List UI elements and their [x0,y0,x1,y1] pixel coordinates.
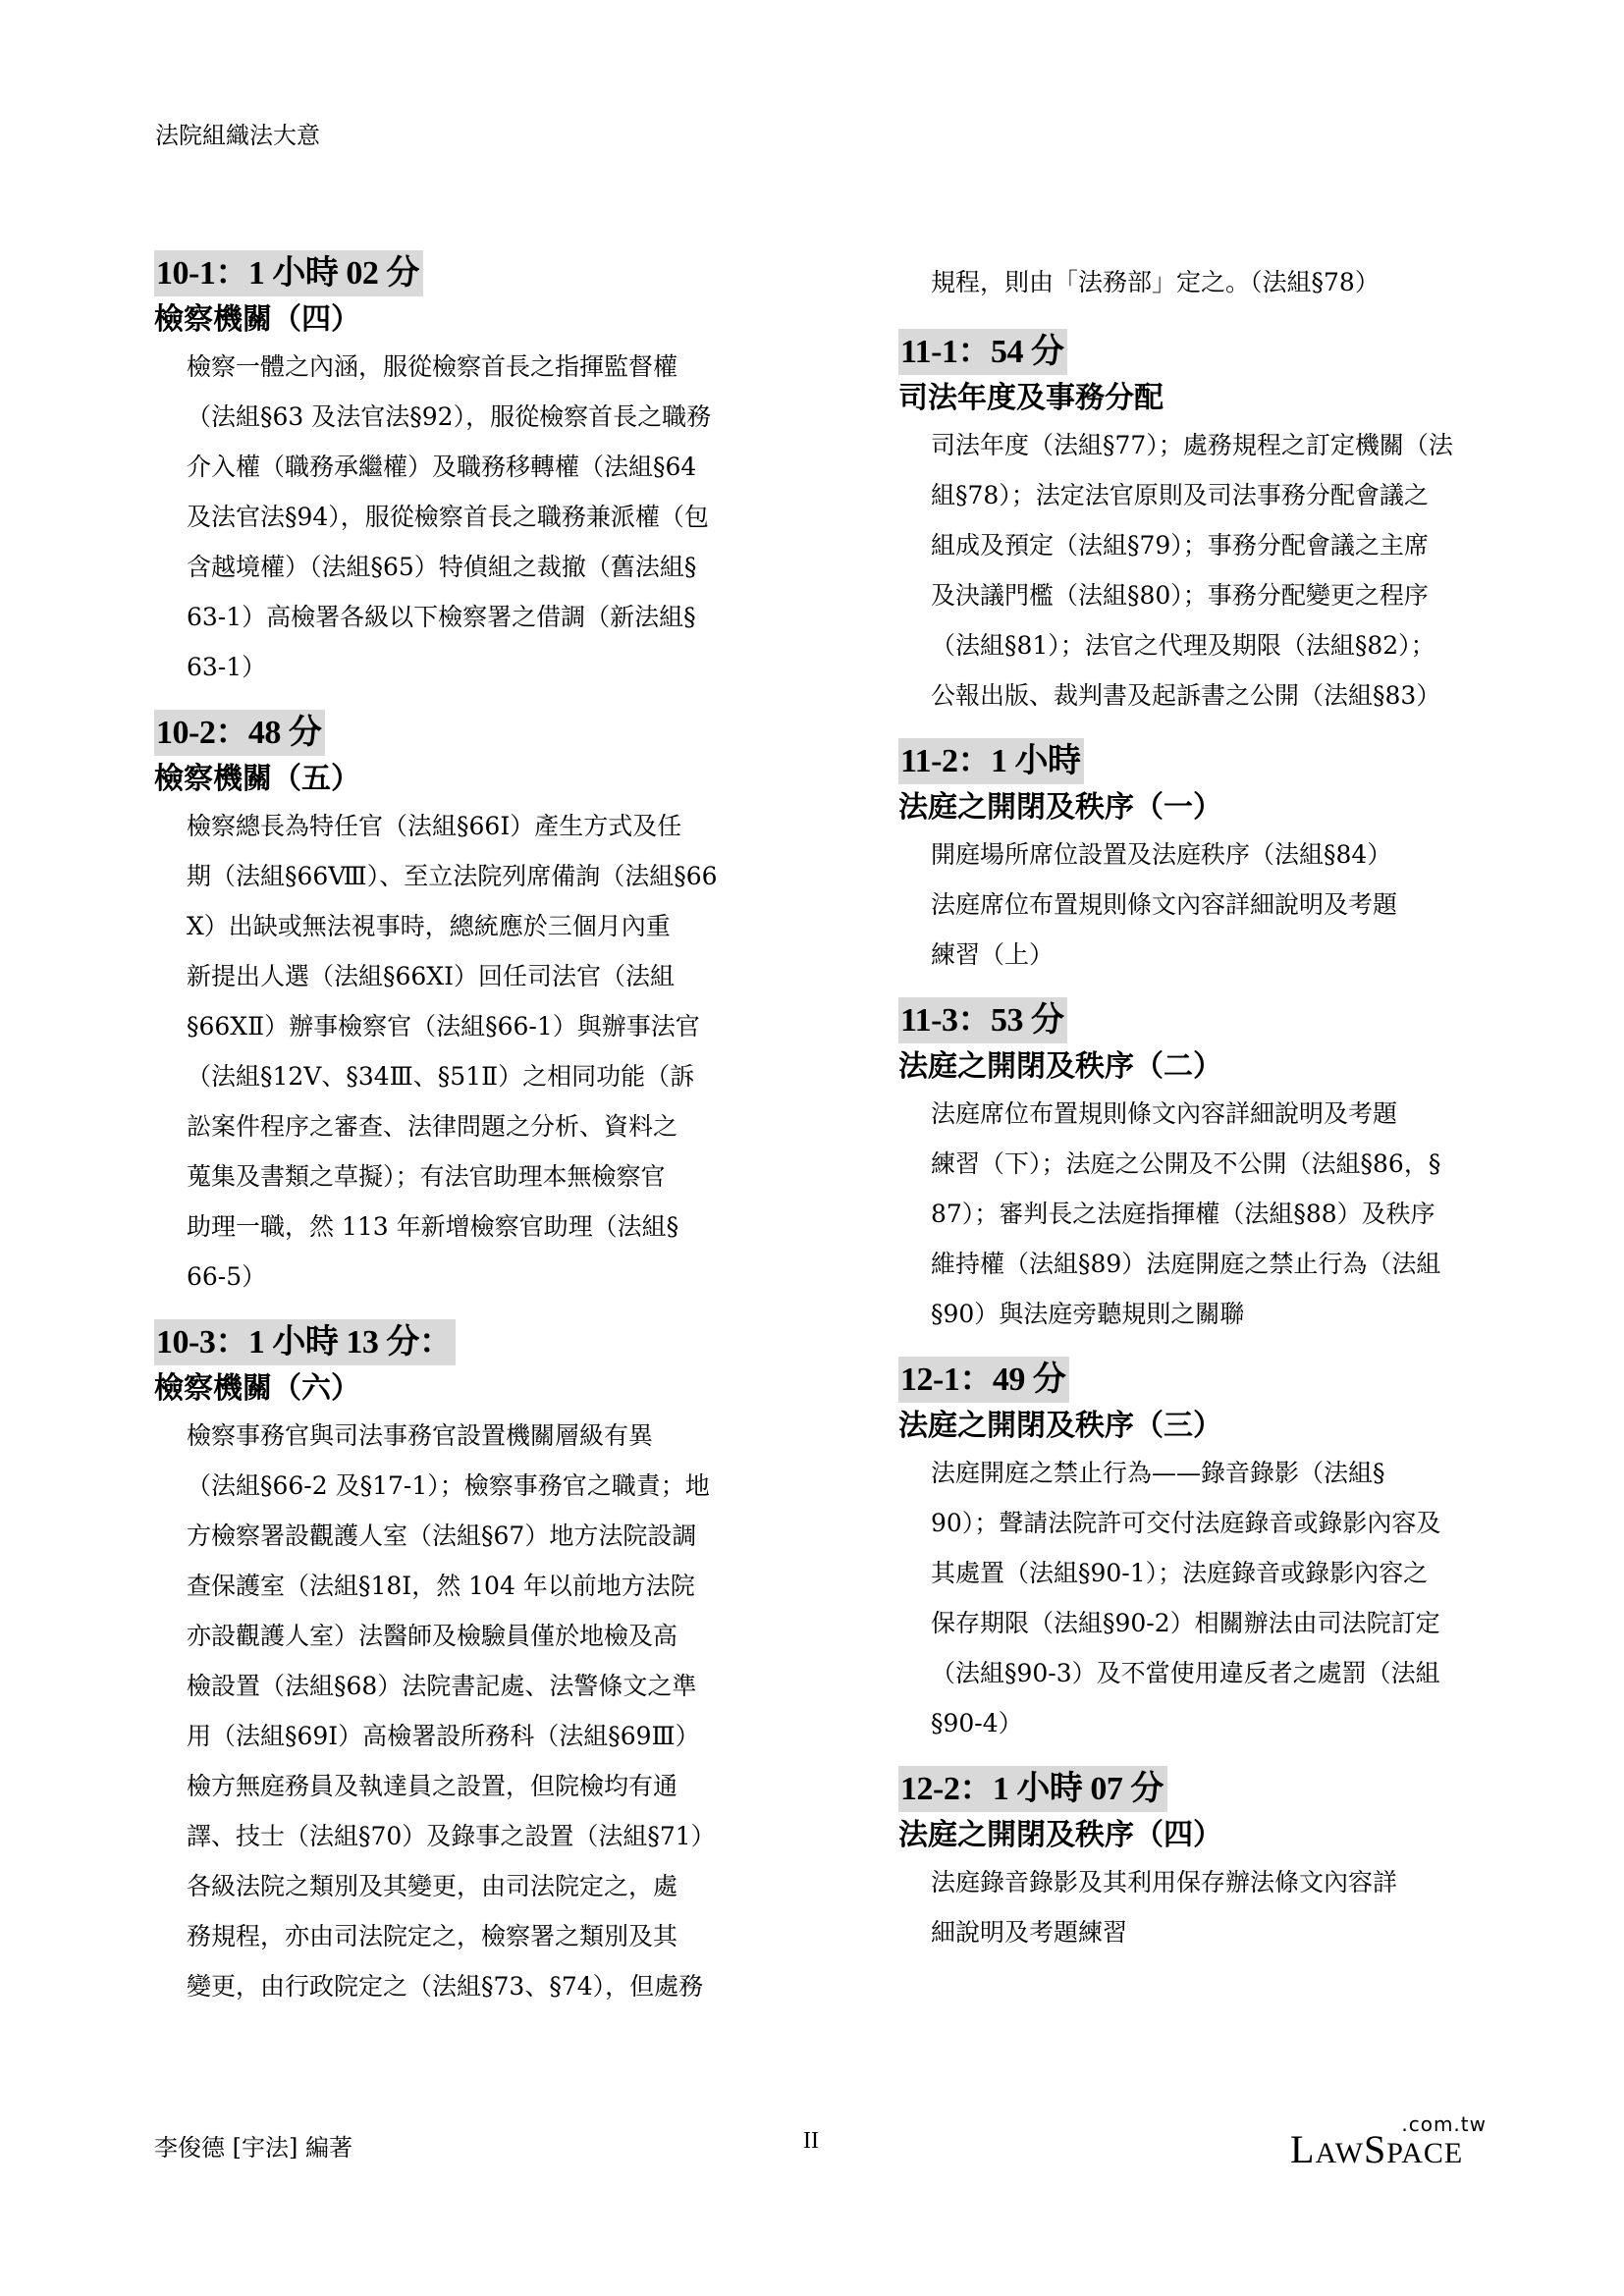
body-line: 練習（下）；法庭之公開及不公開（法組§86，§ [931,1139,1490,1189]
section-body: 法庭錄音錄影及其利用保存辦法條文內容詳 細說明及考題練習 [898,1857,1490,1957]
section-title: 檢察機關（六） [154,1367,743,1411]
lawspace-logo: .com.tw LAWSPACE [1290,2112,1487,2171]
section-11-3: 11-3：53 分 法庭之開閉及秩序（二） 法庭席位布置規則條文內容詳細說明及考… [898,997,1488,1339]
body-line: 用（法組§69Ⅰ）高檢署設所務科（法組§69Ⅲ） [187,1711,746,1761]
logo-letters-aw: AW [1315,2137,1364,2169]
section-time-badge: 10-3：1 小時 13 分： [154,1319,456,1365]
section-12-2: 12-2：1 小時 07 分 法庭之開閉及秩序（四） 法庭錄音錄影及其利用保存辦… [898,1766,1488,1957]
logo-wordmark: LAWSPACE [1290,2126,1463,2172]
section-body: 開庭場所席位設置及法庭秩序（法組§84） 法庭席位布置規則條文內容詳細說明及考題… [898,829,1490,980]
section-time-badge: 10-2：48 分 [154,710,325,756]
body-line: 各級法院之類別及其變更，由司法院定之，處 [187,1861,746,1911]
section-time-badge: 11-3：53 分 [898,997,1067,1043]
section-time-badge: 11-1：54 分 [898,329,1067,375]
body-line: 開庭場所席位設置及法庭秩序（法組§84） [931,829,1490,880]
logo-letters-pace: PACE [1386,2137,1463,2169]
body-line: 譯、技士（法組§70）及錄事之設置（法組§71） [187,1811,746,1861]
body-line: 63-1）高檢署各級以下檢察署之借調（新法組§ [187,592,746,642]
section-body: 檢察事務官與司法事務官設置機關層級有異 （法組§66-2 及§17-1）；檢察事… [154,1411,746,2011]
section-body: 檢察總長為特任官（法組§66Ⅰ）產生方式及任 期（法組§66Ⅷ）、至立法院列席備… [154,801,746,1302]
body-line: 司法年度（法組§77）；處務規程之訂定機關（法 [931,420,1490,470]
body-line: 介入權（職務承繼權）及職務移轉權（法組§64 [187,442,746,492]
body-line: 法庭錄音錄影及其利用保存辦法條文內容詳 [931,1857,1490,1907]
body-line: 含越境權）（法組§65）特偵組之裁撤（舊法組§ [187,542,746,592]
body-line: 其處置（法組§90-1）；法庭錄音或錄影內容之 [931,1548,1490,1598]
body-line: 公報出版、裁判書及起訴書之公開（法組§83） [931,670,1490,721]
section-time-badge: 12-1：49 分 [898,1357,1069,1403]
body-line: （法組§90-3）及不當使用違反者之處罰（法組 [931,1648,1490,1698]
section-10-1: 10-1：1 小時 02 分 檢察機關（四） 檢察一體之內涵，服從檢察首長之指揮… [154,250,743,692]
body-line: （法組§66-2 及§17-1）；檢察事務官之職責；地 [187,1461,746,1511]
body-line: 檢察總長為特任官（法組§66Ⅰ）產生方式及任 [187,801,746,851]
body-line: 法庭席位布置規則條文內容詳細說明及考題 [931,1089,1490,1139]
body-line: §90-4） [931,1698,1490,1748]
body-line: 法庭席位布置規則條文內容詳細說明及考題 [931,880,1490,930]
section-12-1: 12-1：49 分 法庭之開閉及秩序（三） 法庭開庭之禁止行為——錄音錄影（法組… [898,1357,1488,1748]
body-line: 檢方無庭務員及執達員之設置，但院檢均有通 [187,1761,746,1811]
section-title: 法庭之開閉及秩序（三） [898,1405,1488,1448]
section-11-2: 11-2：1 小時 法庭之開閉及秩序（一） 開庭場所席位設置及法庭秩序（法組§8… [898,738,1488,980]
section-title: 法庭之開閉及秩序（四） [898,1814,1488,1857]
body-line: （法組§81）；法官之代理及期限（法組§82）； [931,620,1490,670]
body-line: 訟案件程序之審查、法律問題之分析、資料之 [187,1101,746,1151]
footer-author: 李俊德 [宇法] 編著 [154,2128,352,2163]
body-line: 變更，由行政院定之（法組§73、§74），但處務 [187,1961,746,2011]
section-body: 法庭開庭之禁止行為——錄音錄影（法組§ 90）；聲請法院許可交付法庭錄音或錄影內… [898,1448,1490,1748]
body-line: （法組§63 及法官法§92），服從檢察首長之職務 [187,392,746,442]
body-line: 維持權（法組§89）法庭開庭之禁止行為（法組 [931,1239,1490,1289]
body-line: 87）；審判長之法庭指揮權（法組§88）及秩序 [931,1189,1490,1239]
body-line: 法庭開庭之禁止行為——錄音錄影（法組§ [931,1448,1490,1498]
body-line: 檢察事務官與司法事務官設置機關層級有異 [187,1411,746,1461]
body-line: 務規程，亦由司法院定之，檢察署之類別及其 [187,1911,746,1961]
logo-letter-l: L [1290,2127,1315,2171]
body-line: 90）；聲請法院許可交付法庭錄音或錄影內容及 [931,1498,1490,1548]
section-title: 法庭之開閉及秩序（二） [898,1045,1488,1089]
body-line: 檢察一體之內涵，服從檢察首長之指揮監督權 [187,342,746,392]
running-header: 法院組織法大意 [155,116,320,150]
section-title: 法庭之開閉及秩序（一） [898,786,1488,829]
body-line: 方檢察署設觀護人室（法組§67）地方法院設調 [187,1511,746,1561]
body-line: 檢設置（法組§68）法院書記處、法警條文之準 [187,1661,746,1711]
body-line: 及決議門檻（法組§80）；事務分配變更之程序 [931,570,1490,620]
body-line: 查保護室（法組§18Ⅰ，然 104 年以前地方法院 [187,1561,746,1611]
section-title: 司法年度及事務分配 [898,377,1488,420]
section-time-badge: 11-2：1 小時 [898,738,1084,784]
continuation-text: 規程，則由「法務部」定之。（法組§78） [898,257,1488,307]
body-line: 及法官法§94），服從檢察首長之職務兼派權（包 [187,492,746,542]
body-line: 蒐集及書類之草擬）；有法官助理本無檢察官 [187,1151,746,1201]
page-number: II [803,2128,819,2155]
section-10-3: 10-3：1 小時 13 分： 檢察機關（六） 檢察事務官與司法事務官設置機關層… [154,1319,743,2011]
body-line: 細說明及考題練習 [931,1907,1490,1957]
body-line: 組§78）；法定法官原則及司法事務分配會議之 [931,470,1490,520]
body-line: 組成及預定（法組§79）；事務分配會議之主席 [931,520,1490,570]
section-body: 司法年度（法組§77）；處務規程之訂定機關（法 組§78）；法定法官原則及司法事… [898,420,1490,721]
body-line: Ⅹ）出缺或無法視事時，總統應於三個月內重 [187,901,746,951]
body-line: 期（法組§66Ⅷ）、至立法院列席備詢（法組§66 [187,851,746,901]
left-column: 10-1：1 小時 02 分 檢察機關（四） 檢察一體之內涵，服從檢察首長之指揮… [154,250,743,2029]
logo-letter-s: S [1364,2127,1386,2171]
section-title: 檢察機關（四） [154,298,743,342]
section-time-badge: 10-1：1 小時 02 分 [154,250,423,296]
section-11-1: 11-1：54 分 司法年度及事務分配 司法年度（法組§77）；處務規程之訂定機… [898,329,1488,721]
body-line: 63-1） [187,642,746,692]
section-title: 檢察機關（五） [154,758,743,801]
section-10-2: 10-2：48 分 檢察機關（五） 檢察總長為特任官（法組§66Ⅰ）產生方式及任… [154,710,743,1302]
body-line: §66ⅩⅡ）辦事檢察官（法組§66-1）與辦事法官 [187,1001,746,1051]
right-column: 規程，則由「法務部」定之。（法組§78） 11-1：54 分 司法年度及事務分配… [898,257,1488,1975]
body-line: 新提出人選（法組§66ⅩⅠ）回任司法官（法組 [187,951,746,1001]
body-line: 助理一職，然 113 年新增檢察官助理（法組§ [187,1201,746,1252]
body-line: §90）與法庭旁聽規則之關聯 [931,1289,1490,1339]
body-line: 保存期限（法組§90-2）相關辦法由司法院訂定 [931,1598,1490,1648]
body-line: 66-5） [187,1252,746,1302]
section-body: 法庭席位布置規則條文內容詳細說明及考題 練習（下）；法庭之公開及不公開（法組§8… [898,1089,1490,1339]
page-footer: 李俊德 [宇法] 編著 II .com.tw LAWSPACE [0,2120,1624,2179]
section-body: 檢察一體之內涵，服從檢察首長之指揮監督權 （法組§63 及法官法§92），服從檢… [154,342,746,692]
section-time-badge: 12-2：1 小時 07 分 [898,1766,1167,1812]
body-line: 練習（上） [931,930,1490,980]
body-line: （法組§12Ⅴ、§34Ⅲ、§51Ⅱ）之相同功能（訴 [187,1051,746,1101]
body-line: 亦設觀護人室）法醫師及檢驗員僅於地檢及高 [187,1611,746,1661]
